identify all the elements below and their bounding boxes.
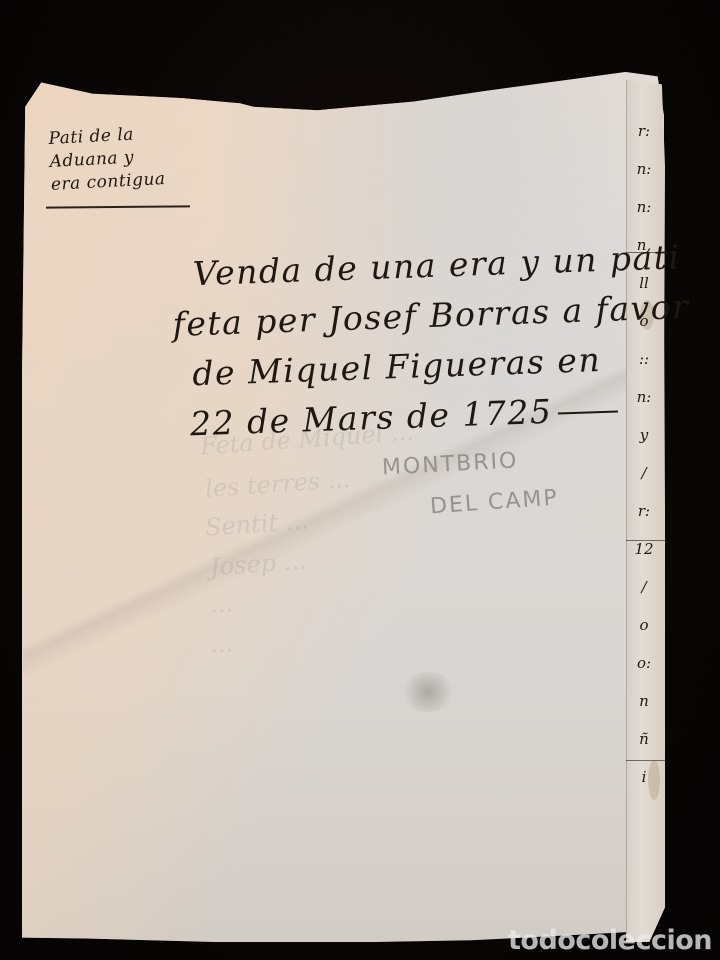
side-mark: n: [628,378,660,416]
side-mark: / [628,568,660,606]
title-end-rule [558,411,618,415]
side-mark: o: [628,644,660,682]
paper-sheet [22,72,664,942]
title-date: 22 de Mars de 1725 [189,392,553,444]
side-mark: o [628,302,660,340]
side-mark: o [628,606,660,644]
side-mark: r: [628,112,660,150]
side-rule [626,540,666,541]
margin-note: Pati de la Aduana y era contigua [48,122,166,197]
side-mark: :: [628,340,660,378]
pencil-smudge [398,672,458,712]
show-through-line: ... [209,629,234,659]
side-strip-marks: r: n: n: n, ll o :: n: y / r: 12 / o o: … [628,112,660,796]
show-through-line: ... [209,589,234,619]
side-rule [626,252,666,253]
watermark: todocoleccion [508,925,712,956]
side-mark: ll [628,264,660,302]
side-mark: / [628,454,660,492]
side-mark: i [628,758,660,796]
side-mark: n: [628,188,660,226]
side-mark: 12 [628,530,660,568]
side-mark: n [628,682,660,720]
side-mark: y [628,416,660,454]
side-rule [626,760,666,761]
side-mark: ñ [628,720,660,758]
side-mark: n: [628,150,660,188]
side-mark: r: [628,492,660,530]
side-mark: n, [628,226,660,264]
document-title: Venda de una era y un pati feta per Jose… [170,232,694,450]
